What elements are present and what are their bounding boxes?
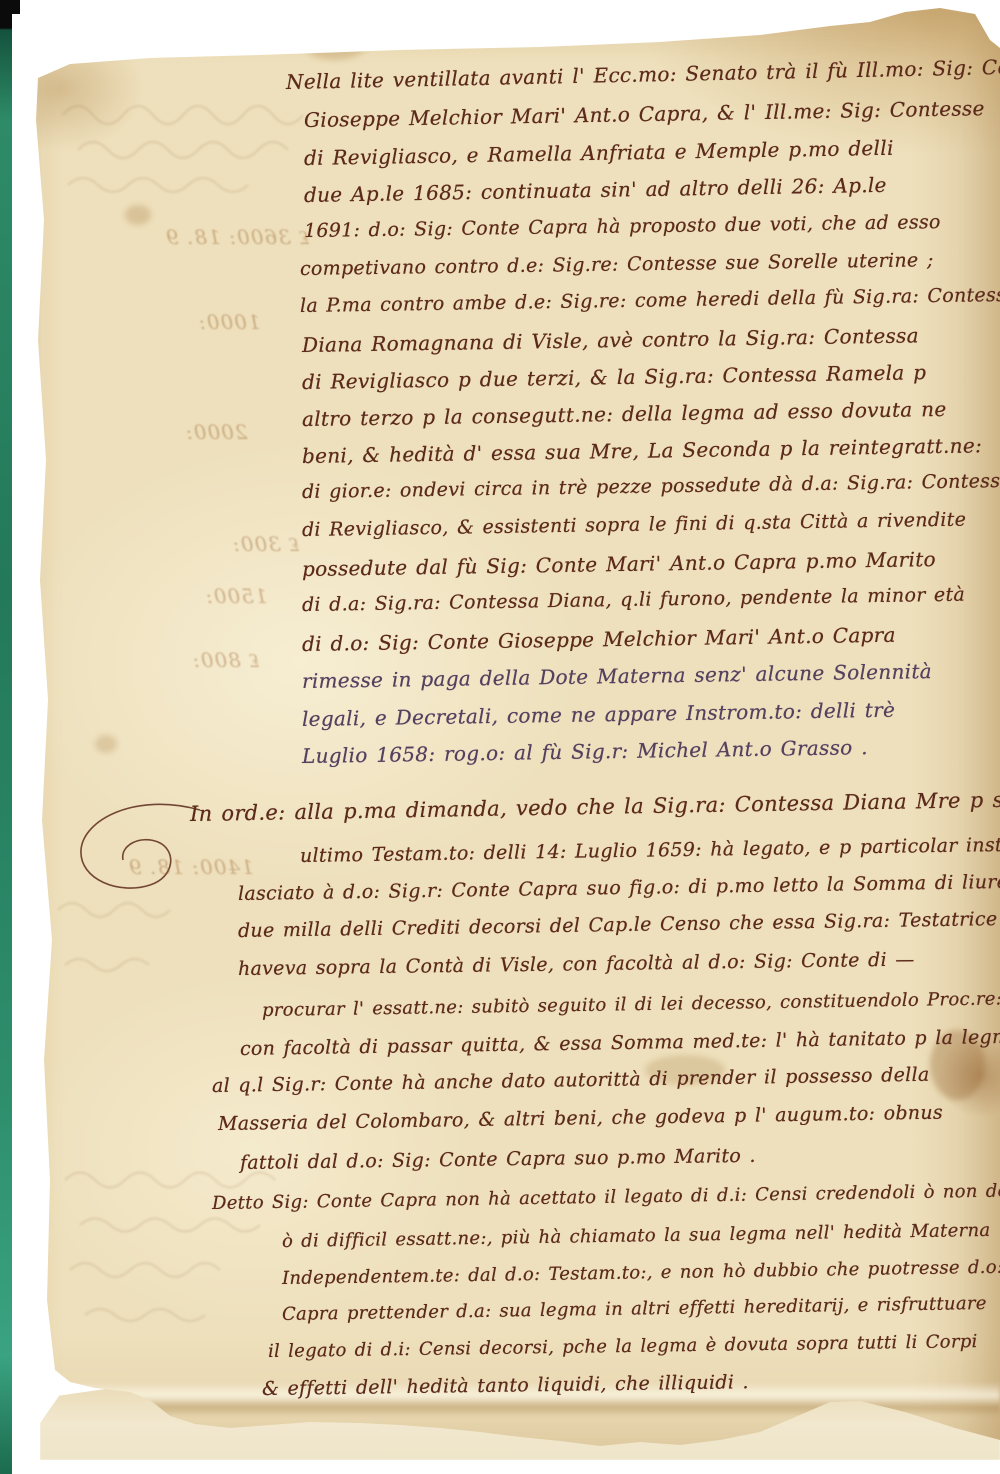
bleedthrough-number: ₤ 3600: 18. 9 <box>165 225 309 250</box>
stain <box>125 205 151 225</box>
bleedthrough-number: ₤ 300: <box>232 532 299 557</box>
manuscript-line: possedute dal fù Sig: Conte Mari' Ant.o … <box>302 547 936 581</box>
bleedthrough-number: 2000: <box>185 420 248 444</box>
manuscript-line: di gior.e: ondevi circa in trè pezze pos… <box>302 470 1000 503</box>
bleedthrough-script <box>50 880 190 1010</box>
manuscript-line: due milla delli Crediti decorsi del Cap.… <box>238 908 998 942</box>
bleedthrough-number: 1000: <box>198 310 261 334</box>
manuscript-line: Nella lite ventillata avanti l' Ecc.mo: … <box>286 54 1000 94</box>
bleedthrough-number: 1400: 18. 9 <box>128 855 254 879</box>
bleedthrough-number: ₤ 800: <box>192 648 259 673</box>
manuscript-line: di Revigliasco, e Ramella Anfriata e Mem… <box>304 136 894 170</box>
manuscript-line: di Revigliasco, & essistenti sopra le fi… <box>302 509 967 541</box>
manuscript-line: Gioseppe Melchior Mari' Ant.o Capra, & l… <box>304 96 985 132</box>
scanner-edge-strip-cap <box>0 0 20 14</box>
scanner-edge-strip <box>0 0 12 1474</box>
manuscript-line: la P.ma contro ambe d.e: Sig.re: come he… <box>300 284 1000 317</box>
manuscript-line: Masseria del Colombaro, & altri beni, ch… <box>218 1102 943 1135</box>
manuscript-line: ultimo Testam.to: delli 14: Luglio 1659:… <box>300 833 1000 867</box>
manuscript-line: Luglio 1658: rog.o: al fù Sig.r: Michel … <box>302 735 868 768</box>
manuscript-line: il legato di d.i: Censi decorsi, pche la… <box>268 1331 978 1362</box>
manuscript-line: altro terzo p la consegutt.ne: della leg… <box>302 397 947 431</box>
manuscript-line: Diana Romagnana di Visle, avè contro la … <box>302 323 919 357</box>
manuscript-line: due Ap.le 1685: continuata sin' ad altro… <box>304 173 887 207</box>
manuscript-line: di d.a: Sig.ra: Contessa Diana, q.li fur… <box>302 584 965 616</box>
scanned-manuscript-image: Nella lite ventillata avanti l' Ecc.mo: … <box>0 0 1000 1474</box>
manuscript-line: competivano contro d.e: Sig.re: Contesse… <box>300 249 934 280</box>
manuscript-line: rimesse in paga della Dote Materna senz'… <box>302 659 932 693</box>
manuscript-line: Capra prettender d.a: sua legma in altri… <box>282 1293 987 1325</box>
stain <box>95 735 117 753</box>
stain <box>300 20 370 60</box>
manuscript-line: 1691: d.o: Sig: Conte Capra hà proposto … <box>304 211 941 242</box>
manuscript-line: fattoli dal d.o: Sig: Conte Capra suo p.… <box>240 1145 756 1174</box>
manuscript-line: Independentem.te: dal d.o: Testam.to:, e… <box>282 1255 1000 1289</box>
manuscript-line: haveva sopra la Contà di Visle, con faco… <box>238 949 915 980</box>
initial-flourish <box>75 800 205 895</box>
manuscript-line: procurar l' essatt.ne: subitò seguito il… <box>262 988 1000 1021</box>
bleedthrough-number: 1500: <box>205 584 268 608</box>
manuscript-line: beni, & hedità d' essa sua Mre, La Secon… <box>302 433 982 468</box>
manuscript-line: In ord.e: alla p.ma dimanda, vedo che la… <box>190 787 1000 826</box>
manuscript-line: legali, e Decretali, come ne appare Inst… <box>302 698 895 731</box>
manuscript-line: con facoltà di passar quitta, & essa Som… <box>240 1026 1000 1060</box>
manuscript-line: di d.o: Sig: Conte Gioseppe Melchior Mar… <box>302 623 896 656</box>
manuscript-line: al q.l Sig.r: Conte hà anche dato autori… <box>212 1064 930 1097</box>
manuscript-page: Nella lite ventillata avanti l' Ecc.mo: … <box>0 0 1000 1474</box>
manuscript-line: lasciato à d.o: Sig.r: Conte Capra suo f… <box>238 871 1000 905</box>
manuscript-line: di Revigliasco p due terzi, & la Sig.ra:… <box>302 360 927 394</box>
manuscript-line: ò di difficil essatt.ne:, più hà chiamat… <box>282 1220 991 1252</box>
